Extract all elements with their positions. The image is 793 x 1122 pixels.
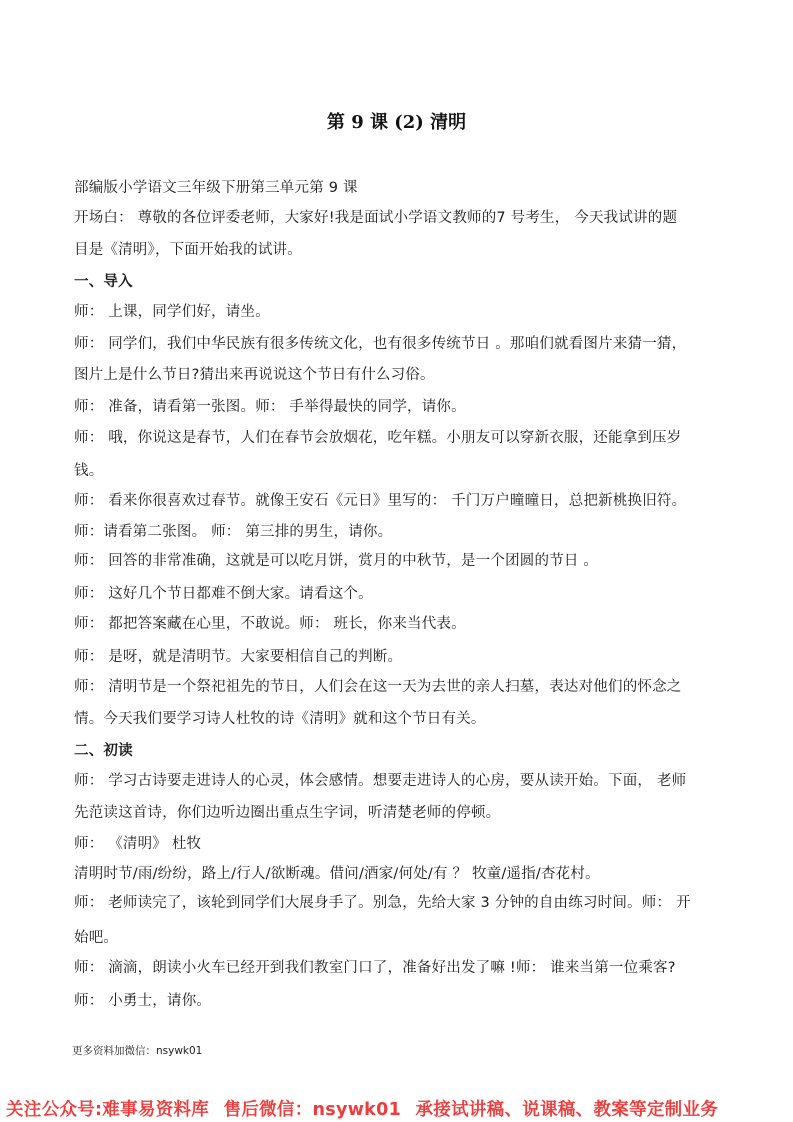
body-line: 目是《清明》，下面开始我的试讲。 [74, 240, 302, 260]
banner-wechat: 售后微信：nsywk01 [224, 1100, 402, 1120]
poem-line: 清明时节/雨/纷纷，路上/行人/欲断魂。借问/酒家/何处/有 ？ 牧童/遥指/杏… [74, 864, 600, 884]
body-line: 师： 是呀，就是清明节。大家要相信自己的判断。 [74, 647, 402, 667]
body-line: 师：请看第二张图。 师： 第三排的男生，请你。 [74, 522, 392, 542]
banner-services: 承接试讲稿、说课稿、教案等定制业务 [415, 1100, 718, 1120]
section-heading-first-reading: 二、初读 [74, 741, 133, 761]
body-line: 师： 上课，同学们好，请坐。 [74, 302, 270, 322]
body-line: 师： 同学们，我们中华民族有很多传统文化，也有很多传统节日 。那咱们就看图片来猜… [74, 334, 686, 354]
body-line: 师： 滴滴，朗读小火车已经开到我们教室门口了，准备好出发了嘛 !师： 谁来当第一… [74, 958, 676, 978]
body-line: 师： 哦，你说这是春节，人们在春节会放烟花，吃年糕。小朋友可以穿新衣服，还能拿到… [74, 428, 682, 448]
document-title: 第 9 课 (2) 清明 [0, 108, 793, 134]
body-line: 师： 清明节是一个祭祀祖先的节日，人们会在这一天为去世的亲人扫墓，表达对他们的怀… [74, 677, 682, 697]
body-line: 情。今天我们要学习诗人杜牧的诗《清明》就和这个节日有关。 [74, 709, 486, 729]
body-line: 师： 看来你很喜欢过春节。就像王安石《元日》里写的： 千门万户曈曈日，总把新桃换… [74, 491, 686, 511]
body-line: 师： 准备，请看第一张图。师： 手举得最快的同学，请你。 [74, 397, 466, 417]
footer-contact-note: 更多资料加微信：nsywk01 [72, 1043, 202, 1058]
body-line: 师： 学习古诗要走进诗人的心灵，体会感情。想要走进诗人的心房，要从读开始。下面，… [74, 771, 686, 791]
body-line: 师： 这好几个节日都难不倒大家。请看这个。 [74, 584, 373, 604]
promo-banner: 关注公众号:难事易资料库 售后微信：nsywk01 承接试讲稿、说课稿、教案等定… [0, 1096, 793, 1121]
body-line: 师： 老师读完了，该轮到同学们大展身手了。别急，先给大家 3 分钟的自由练习时间… [74, 893, 691, 913]
body-line: 钱。 [74, 461, 103, 481]
body-line: 师： 回答的非常准确，这就是可以吃月饼，赏月的中秋节，是一个团圆的节日 。 [74, 551, 598, 571]
body-line: 师： 小勇士，请你。 [74, 991, 211, 1011]
body-line: 开场白： 尊敬的各位评委老师，大家好!我是面试小学语文教师的7 号考生， 今天我… [74, 208, 677, 228]
body-line: 图片上是什么节日?猜出来再说说这个节日有什么习俗。 [74, 365, 435, 385]
body-line: 师： 都把答案藏在心里，不敢说。师： 班长，你来当代表。 [74, 614, 466, 634]
banner-account: 关注公众号:难事易资料库 [6, 1100, 209, 1120]
body-line: 先范读这首诗，你们边听边圈出重点生字词，听清楚老师的停顿。 [74, 803, 500, 823]
section-heading-intro: 一、导入 [74, 272, 133, 292]
body-line: 部编版小学语文三年级下册第三单元第 9 课 [74, 178, 358, 198]
body-line: 始吧。 [74, 928, 118, 948]
body-line: 师： 《清明》 杜牧 [74, 834, 201, 854]
